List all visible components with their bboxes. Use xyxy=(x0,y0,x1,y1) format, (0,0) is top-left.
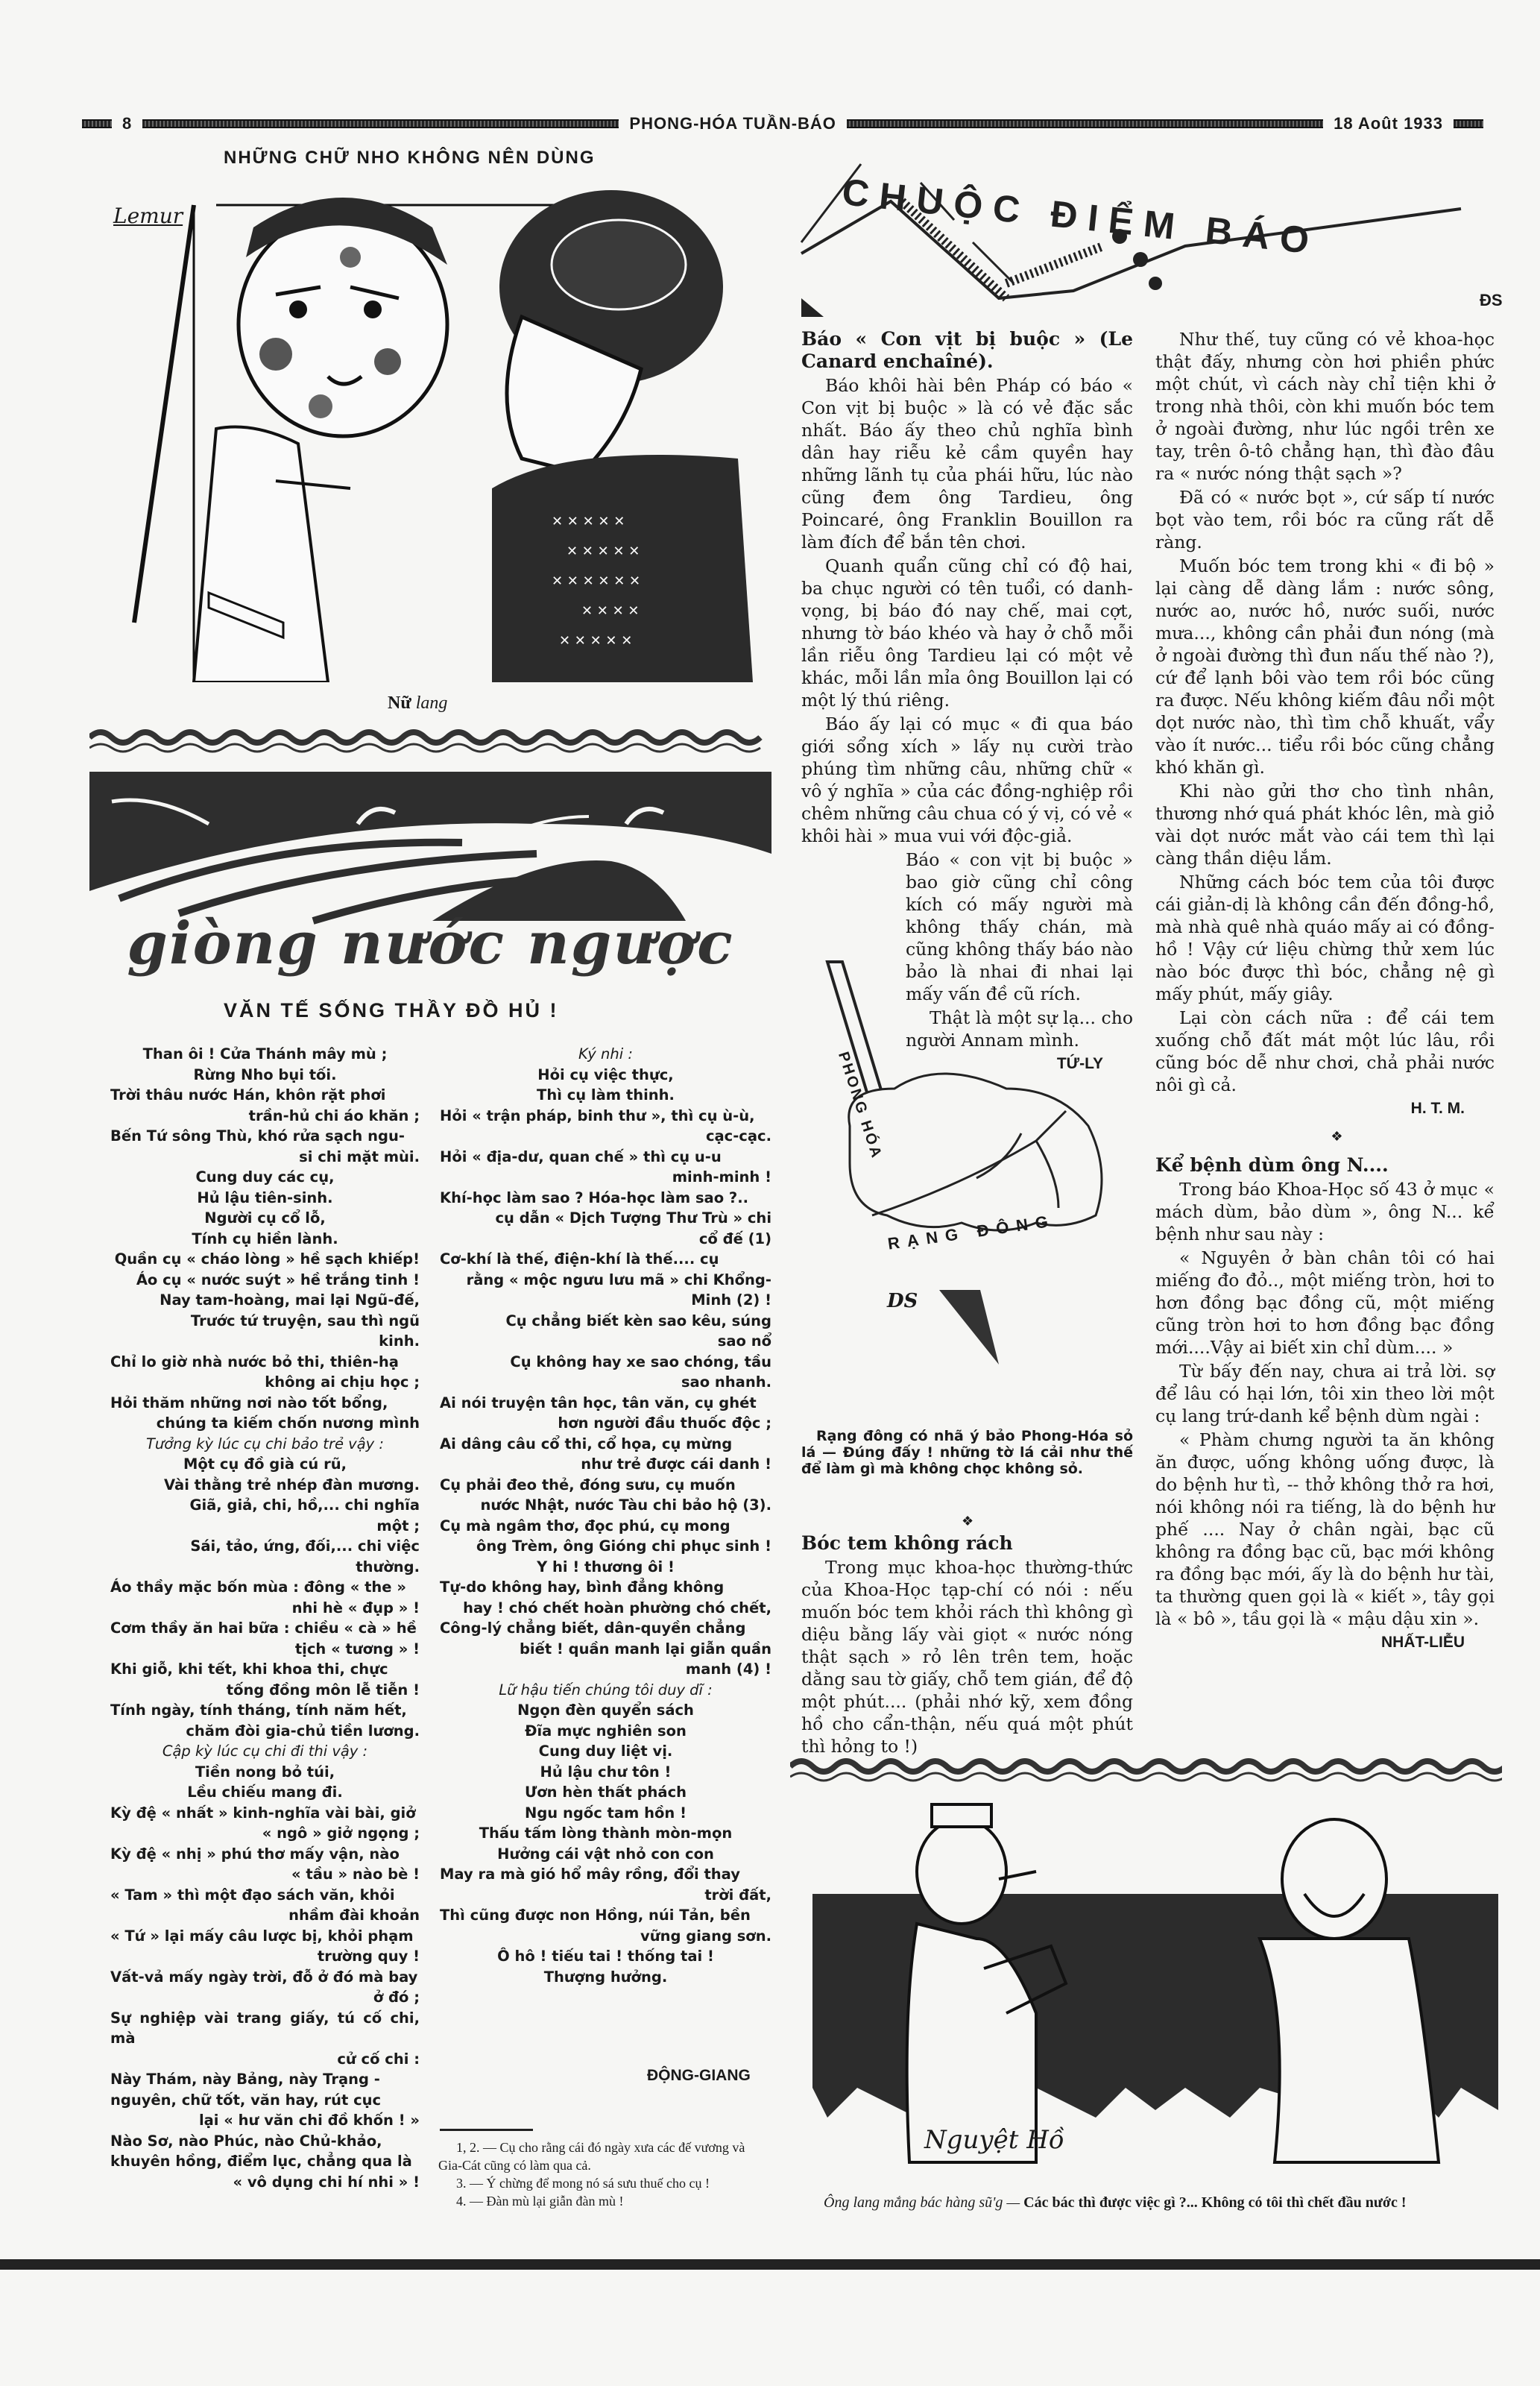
poem-line: cụ dẫn « Dịch Tượng Thư Trù » chi xyxy=(440,1208,771,1229)
poem-line: sao nổ xyxy=(440,1331,771,1352)
poem-line: tống đồng môn lễ tiễn ! xyxy=(110,1680,420,1701)
separator-icon: ❖ xyxy=(962,1514,973,1529)
poem-line: Quần cụ « cháo lòng » hề sạch khiếp! xyxy=(110,1249,420,1270)
poem-line: Ngọn đèn quyển sách xyxy=(440,1700,771,1721)
poem-line: Cụ không hay xe sao chóng, tầu xyxy=(440,1352,771,1373)
paragraph: Trong mục khoa-học thường-thức của Khoa-… xyxy=(801,1556,1133,1757)
paragraph: Muốn bóc tem trong khi « đi bộ » lại càn… xyxy=(1155,555,1495,778)
footnote-rule xyxy=(440,2129,533,2131)
poem-line: Áo cụ « nước suýt » hề trắng tinh ! xyxy=(110,1270,420,1291)
poem-line: kinh. xyxy=(110,1331,420,1352)
poem-line: « Tứ » lại mấy câu lược bị, khỏi phạm xyxy=(110,1926,420,1947)
poem-line: Vất-vả mấy ngày trời, đỗ ở đó mà bay xyxy=(110,1967,420,1988)
poem-line: Lều chiếu mang đi. xyxy=(110,1782,420,1803)
poem-line: sao nhanh. xyxy=(440,1372,771,1393)
poem-line: Cung duy liệt vị. xyxy=(440,1741,771,1762)
page-bottom-edge xyxy=(0,2259,1540,2270)
poem-line: Y hi ! thương ôi ! xyxy=(440,1557,771,1578)
poem-line: Ký nhi : xyxy=(440,1044,771,1065)
article-boc-tem-2: Như thế, tuy cũng có vẻ khoa-học thật đấ… xyxy=(1155,328,1495,1655)
poem-line: Áo thầy mặc bốn mùa : đông « the » xyxy=(110,1577,420,1598)
poem-line: Nào Sơ, nào Phúc, nào Chủ-khảo, xyxy=(110,2131,420,2152)
leaf-cartoon: PHONG HÓA RẠNG ĐÔNG DS xyxy=(812,917,1140,1364)
article-heading: Kể bệnh dùm ông N.... xyxy=(1155,1154,1495,1177)
poem-line: Hỏi « trận pháp, binh thư », thì cụ ù-ù, xyxy=(440,1106,771,1127)
poem-line: như trẻ được cái danh ! xyxy=(440,1454,771,1475)
poem-line: « tầu » nào bè ! xyxy=(110,1864,420,1885)
paragraph: Trong báo Khoa-Học số 43 ở mục « mách dù… xyxy=(1155,1178,1495,1245)
cartoon-signature: Nguyệt Hồ xyxy=(924,2125,1064,2155)
paragraph: Lại còn cách nữa : để cái tem xuống chỗ … xyxy=(1155,1007,1495,1096)
poem-line: Hỏi « địa-dư, quan chế » thì cụ u-u xyxy=(440,1147,771,1168)
cartoon-signature: DS xyxy=(887,1290,918,1312)
chuoc-diem-bao-banner: CHUỘC ĐIỂM BÁO ĐS xyxy=(790,149,1506,328)
poem-line: nhầm đài khoản xyxy=(110,1905,420,1926)
poem-line: Tính ngày, tính tháng, tính năm hết, xyxy=(110,1700,420,1721)
paragraph: Những cách bóc tem của tôi được cái giản… xyxy=(1155,871,1495,1005)
poem-line: Hưởng cái vật nhỏ con con xyxy=(440,1844,771,1865)
poem-line: May ra mà gió hổ mây rồng, đổi thay xyxy=(440,1864,771,1885)
poem-line: Cụ phải đeo thẻ, đóng sưu, cụ muốn xyxy=(440,1475,771,1496)
poem-line: Cập kỳ lúc cụ chi đi thi vậy : xyxy=(110,1741,420,1762)
poem-line: cạc-cạc. xyxy=(440,1126,771,1147)
poem-line: Kỳ đệ « nhị » phú thơ mấy vận, nào xyxy=(110,1844,420,1865)
publication-name: PHONG-HÓA TUẦN-BÁO xyxy=(629,114,836,133)
poem-line: Cơm thầy ăn hai bữa : chiều « cà » hề xyxy=(110,1618,420,1639)
poem-line: Khí-học làm sao ? Hóa-học làm sao ?.. xyxy=(440,1188,771,1209)
doctor-and-vendors-illustration xyxy=(812,1789,1498,2177)
poem-line: Ươn hèn thất phách xyxy=(440,1782,771,1803)
leaf-cartoon-caption: Rạng đông có nhã ý bảo Phong-Hóa sỏ lá —… xyxy=(801,1428,1133,1477)
svg-text:✕ ✕ ✕ ✕ ✕ ✕: ✕ ✕ ✕ ✕ ✕ ✕ xyxy=(552,573,640,589)
paragraph: Đã có « nước bọt », cứ sấp tí nước bọt v… xyxy=(1155,486,1495,553)
svg-text:✕ ✕ ✕ ✕ ✕: ✕ ✕ ✕ ✕ ✕ xyxy=(567,544,640,559)
bottom-cartoon: Nguyệt Hồ xyxy=(812,1789,1498,2177)
header-rule xyxy=(847,119,1323,128)
poem-line: tịch « tương » ! xyxy=(110,1639,420,1660)
poem-line: Một cụ đồ già cú rũ, xyxy=(110,1454,420,1475)
poem-line: Tính cụ hiền lành. xyxy=(110,1229,420,1250)
page-number: 8 xyxy=(122,114,132,133)
poem-line: Hỏi thăm những nơi nào tốt bổng, xyxy=(110,1393,420,1414)
poem-line: Chỉ lo giờ nhà nước bỏ thi, thiên-hạ xyxy=(110,1352,420,1373)
poem-line: biết ! quần manh lại giẫn quần xyxy=(440,1639,771,1660)
article-heading: Bóc tem không rách xyxy=(801,1532,1133,1555)
poem-line: Sái, tảo, ứng, đối,... chi việc xyxy=(110,1536,420,1557)
poem-line: Khi giỗ, khi tết, khi khoa thi, chực xyxy=(110,1659,420,1680)
caption-bold: Nữ xyxy=(388,693,411,713)
poem-column-1: Than ôi ! Cửa Thánh mây mù ;Rừng Nho bụi… xyxy=(110,1044,420,2192)
issue-date: 18 Août 1933 xyxy=(1334,114,1443,133)
paragraph: « Phàm chưng người ta ăn không ăn được, … xyxy=(1155,1429,1495,1630)
banner-script-title: giòng nước ngược xyxy=(89,910,771,978)
poem-line: Giã, giả, chi, hồ,... chi nghĩa xyxy=(110,1495,420,1516)
poem-line: minh-minh ! xyxy=(440,1167,771,1188)
poem-line: Hủ lậu tiên-sinh. xyxy=(110,1188,420,1209)
svg-text:✕ ✕ ✕ ✕ ✕: ✕ ✕ ✕ ✕ ✕ xyxy=(552,514,625,529)
poem-line: Công-lý chẳng biết, dân-quyền chẳng xyxy=(440,1618,771,1639)
giong-nuoc-nguoc-banner: giòng nước ngược xyxy=(89,772,771,984)
poem-line: trường quy ! xyxy=(110,1946,420,1967)
poem-line: Thì cũng được non Hồng, núi Tản, bền xyxy=(440,1905,771,1926)
poem-line: Tiền nong bỏ túi, xyxy=(110,1762,420,1783)
poem-line: Người cụ cổ lỗ, xyxy=(110,1208,420,1229)
poem-line: Hỏi cụ việc thực, xyxy=(440,1065,771,1086)
poem-line: Nay tam-hoàng, mai lại Ngũ-đế, xyxy=(110,1290,420,1311)
wavy-divider xyxy=(89,727,771,754)
poem-line: Bến Tứ sông Thù, khó rửa sạch ngu- xyxy=(110,1126,420,1147)
poem-line: nguyên, chữ tốt, văn hay, rút cục xyxy=(110,2090,420,2111)
poem-line: Ngu ngốc tam hồn ! xyxy=(440,1803,771,1824)
caption-text: Các bác thì được việc gì ?... Không có t… xyxy=(1023,2194,1406,2211)
poem-line: Cung duy các cụ, xyxy=(110,1167,420,1188)
poem-line: Cơ-khí là thế, điện-khí là thế.... cụ xyxy=(440,1249,771,1270)
poem-line: nước Nhật, nước Tàu chi bảo hộ (3). xyxy=(440,1495,771,1516)
poem-line: một ; xyxy=(110,1516,420,1537)
poem-line: cử cố chi : xyxy=(110,2049,420,2070)
poem-line: Tưởng kỳ lúc cụ chi bảo trẻ vậy : xyxy=(110,1434,420,1455)
poem-author: ĐỘNG-GIANG xyxy=(647,2067,751,2085)
header-rule xyxy=(82,119,112,128)
poem-line: Thì cụ làm thinh. xyxy=(440,1085,771,1106)
page-header: 8 PHONG-HÓA TUẦN-BÁO 18 Août 1933 xyxy=(82,110,1483,137)
article-boc-tem-1: Bóc tem không rách Trong mục khoa-học th… xyxy=(801,1532,1133,1759)
poem-footnotes: 1, 2. — Cụ cho rằng cái đó ngày xưa các … xyxy=(438,2138,770,2210)
header-rule xyxy=(142,119,619,128)
footnote: 3. — Ý chừng để mong nó sá sưu thuế cho … xyxy=(438,2174,770,2192)
cartoon-caption: Nữ lang xyxy=(388,693,447,714)
poem-line: ở đó ; xyxy=(110,1987,420,2008)
article-author: H. T. M. xyxy=(1155,1098,1495,1120)
poem-line: khuyên hồng, điểm lục, chẳng qua là xyxy=(110,2151,420,2172)
cartoon-nu-lang: ✕ ✕ ✕ ✕ ✕✕ ✕ ✕ ✕ ✕ ✕ ✕ ✕ ✕ ✕ ✕✕ ✕ ✕ ✕ ✕ … xyxy=(104,175,753,682)
poem-line: cổ đế (1) xyxy=(440,1229,771,1250)
poem-line: Vài thằng trẻ nhép đàn mương. xyxy=(110,1475,420,1496)
poem-line: Ô hô ! tiếu tai ! thống tai ! xyxy=(440,1946,771,1967)
paragraph: Từ bấy đến nay, chưa ai trả lời. sợ để l… xyxy=(1155,1360,1495,1427)
poem-line: Đĩa mực nghiên son xyxy=(440,1721,771,1742)
caption-italic: lang xyxy=(416,693,448,713)
poem-line: manh (4) ! xyxy=(440,1659,771,1680)
svg-text:✕ ✕ ✕ ✕: ✕ ✕ ✕ ✕ xyxy=(581,603,640,619)
poem-line: Cụ mà ngâm thơ, đọc phú, cụ mong xyxy=(440,1516,771,1537)
poem-line: « ngô » giở ngọng ; xyxy=(110,1823,420,1844)
paragraph: « Nguyên ở bàn chân tôi có hai miếng đo … xyxy=(1155,1247,1495,1359)
paragraph: Như thế, tuy cũng có vẻ khoa-học thật đấ… xyxy=(1155,328,1495,485)
artist-mark: ĐS xyxy=(1480,291,1503,310)
caption-italic: Ông lang mắng bác hàng sũ'g — xyxy=(824,2194,1020,2211)
article-heading: Báo « Con vịt bị buộc » (Le Canard encha… xyxy=(801,328,1133,373)
poem-line: hơn người đầu thuốc độc ; xyxy=(440,1413,771,1434)
cartoon-title: NHỮNG CHỮ NHO KHÔNG NÊN DÙNG xyxy=(224,148,596,169)
poem-line: trần-hủ chi áo khăn ; xyxy=(110,1106,420,1127)
article-author: NHẤT-LIỄU xyxy=(1155,1631,1495,1654)
two-women-illustration: ✕ ✕ ✕ ✕ ✕✕ ✕ ✕ ✕ ✕ ✕ ✕ ✕ ✕ ✕ ✕✕ ✕ ✕ ✕ ✕ … xyxy=(104,175,753,682)
poem-line: không ai chịu học ; xyxy=(110,1372,420,1393)
poem-line: Minh (2) ! xyxy=(440,1290,771,1311)
poem-line: si chi mặt mùi. xyxy=(110,1147,420,1168)
poem-line: Thấu tấm lòng thành mòn-mọn xyxy=(440,1823,771,1844)
poem-line: hay ! chó chết hoàn phường chó chết, xyxy=(440,1598,771,1619)
poem-line: Rừng Nho bụi tối. xyxy=(110,1065,420,1086)
artist-signature: Lemur xyxy=(113,204,183,228)
poem-line: chăm đòi gia-chủ tiền lương. xyxy=(110,1721,420,1742)
poem-line: Trời thâu nước Hán, khôn rặt phơi xyxy=(110,1085,420,1106)
poem-line: Sự nghiệp vài trang giấy, tú cố chi, mà xyxy=(110,2008,420,2049)
separator-icon: ❖ xyxy=(1155,1126,1495,1148)
footnote: 1, 2. — Cụ cho rằng cái đó ngày xưa các … xyxy=(438,2138,770,2174)
poem-line: Trước tứ truyện, sau thì ngũ xyxy=(110,1311,420,1332)
poem-line: lại « hư văn chi đồ khốn ! » xyxy=(110,2110,420,2131)
bottom-cartoon-caption: Ông lang mắng bác hàng sũ'g — Các bác th… xyxy=(794,2194,1502,2212)
poem-line: Tự-do không hay, bình đẳng không xyxy=(440,1577,771,1598)
footnote: 4. — Đàn mù lại giẫn đàn mù ! xyxy=(438,2192,770,2210)
poem-line: Này Thám, này Bảng, này Trạng - xyxy=(110,2069,420,2090)
paragraph: Báo ấy lại có mục « đi qua báo giới sổng… xyxy=(801,713,1133,847)
poem-line: Lữ hậu tiến chúng tôi duy dĩ : xyxy=(440,1680,771,1701)
poem-line: nhi hè « đụp » ! xyxy=(110,1598,420,1619)
paragraph: Khi nào gửi thơ cho tình nhân, thương nh… xyxy=(1155,780,1495,869)
poem-line: Ai nói truyện tân học, tân văn, cụ ghét xyxy=(440,1393,771,1414)
poem-line: « vô dụng chi hí nhi » ! xyxy=(110,2172,420,2193)
poem-line: trời đất, xyxy=(440,1885,771,1906)
poem-line: chúng ta kiếm chốn nương mình xyxy=(110,1413,420,1434)
wavy-divider xyxy=(790,1756,1502,1783)
svg-text:✕ ✕ ✕ ✕ ✕: ✕ ✕ ✕ ✕ ✕ xyxy=(559,633,632,649)
poem-line: vững giang sơn. xyxy=(440,1926,771,1947)
poem-column-2: Ký nhi :Hỏi cụ việc thực,Thì cụ làm thin… xyxy=(440,1044,771,1987)
poem-line: Thượng hưởng. xyxy=(440,1967,771,1988)
poem-line: ông Trèm, ông Gióng chi phục sinh ! xyxy=(440,1536,771,1557)
poem-line: rằng « mộc ngưu lưu mã » chi Khổng- xyxy=(440,1270,771,1291)
poem-line: thường. xyxy=(110,1557,420,1578)
poem-line: Cụ chẳng biết kèn sao kêu, súng xyxy=(440,1311,771,1332)
paragraph: Báo khôi hài bên Pháp có báo « Con vịt b… xyxy=(801,374,1133,553)
poem-line: Hủ lậu chư tôn ! xyxy=(440,1762,771,1783)
header-rule xyxy=(1454,119,1483,128)
paragraph: Quanh quẩn cũng chỉ có độ hai, ba chục n… xyxy=(801,555,1133,711)
poem-title: VĂN TẾ SỐNG THẦY ĐỒ HỦ ! xyxy=(224,999,559,1022)
poem-line: Ai dâng câu cổ thi, cổ họa, cụ mừng xyxy=(440,1434,771,1455)
poem-line: Kỳ đệ « nhất » kinh-nghĩa vài bài, giở xyxy=(110,1803,420,1824)
poem-line: Than ôi ! Cửa Thánh mây mù ; xyxy=(110,1044,420,1065)
poem-line: « Tam » thì một đạo sách văn, khỏi xyxy=(110,1885,420,1906)
